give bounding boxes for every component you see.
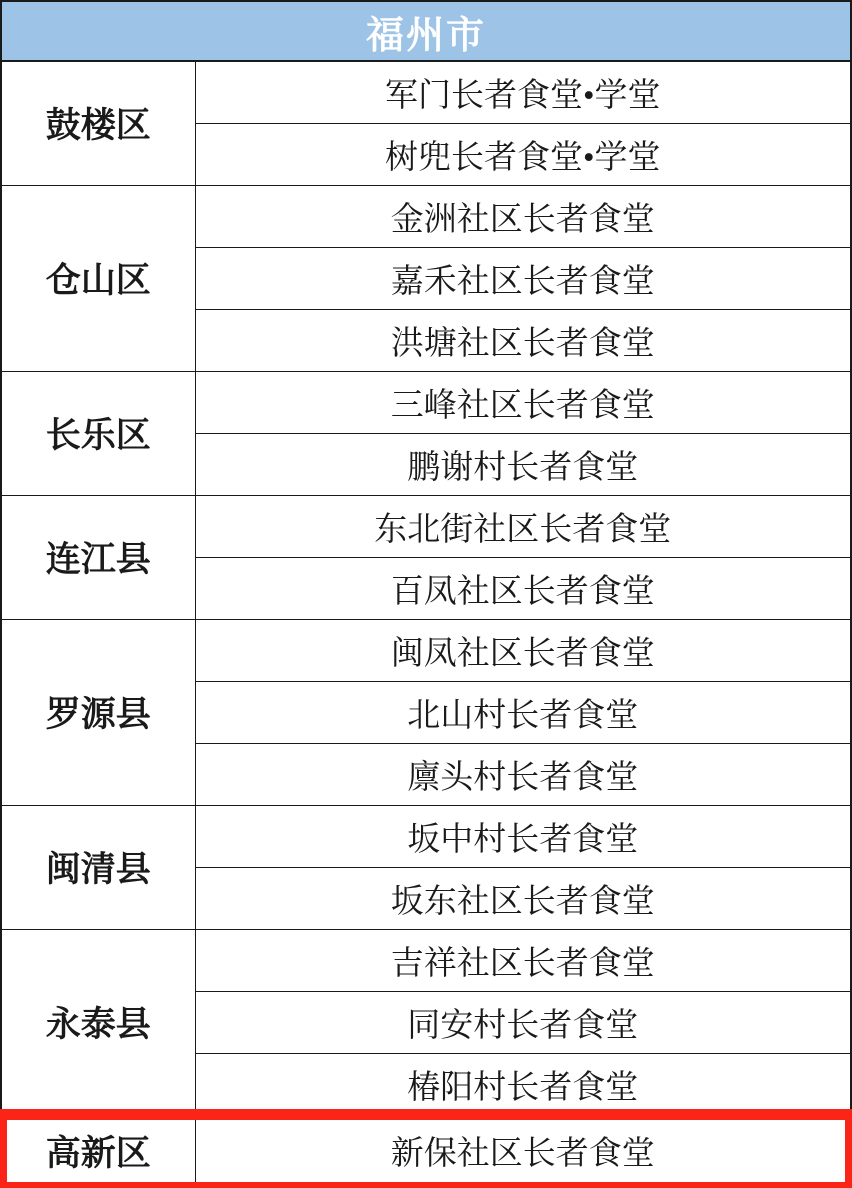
district-cell: 罗源县 [1,619,195,805]
table-row-highlighted: 高新区 新保社区长者食堂 [1,1115,851,1187]
canteen-cell: 闽凤社区长者食堂 [195,619,851,681]
canteen-cell: 树兜长者食堂•学堂 [195,123,851,185]
canteen-cell: 东北街社区长者食堂 [195,495,851,557]
table-row: 永泰县 吉祥社区长者食堂 [1,929,851,991]
district-cell: 连江县 [1,495,195,619]
canteen-cell: 鹏谢村长者食堂 [195,433,851,495]
canteen-cell: 坂东社区长者食堂 [195,867,851,929]
district-cell: 长乐区 [1,371,195,495]
table-row: 闽清县 坂中村长者食堂 [1,805,851,867]
canteen-cell: 金洲社区长者食堂 [195,185,851,247]
table-row: 仓山区 金洲社区长者食堂 [1,185,851,247]
canteen-cell: 三峰社区长者食堂 [195,371,851,433]
district-cell: 高新区 [1,1115,195,1187]
table-row: 鼓楼区 军门长者食堂•学堂 [1,61,851,123]
table-row: 长乐区 三峰社区长者食堂 [1,371,851,433]
table-row: 罗源县 闽凤社区长者食堂 [1,619,851,681]
table-header-row: 福州市 [1,1,851,61]
canteen-cell: 椿阳村长者食堂 [195,1053,851,1115]
canteen-cell: 百凤社区长者食堂 [195,557,851,619]
canteen-cell: 同安村长者食堂 [195,991,851,1053]
district-cell: 永泰县 [1,929,195,1115]
canteen-cell: 廪头村长者食堂 [195,743,851,805]
fuzhou-elder-canteen-table: 福州市 鼓楼区 军门长者食堂•学堂 树兜长者食堂•学堂 仓山区 金洲社区长者食堂… [0,0,852,1188]
page: 福州市 鼓楼区 军门长者食堂•学堂 树兜长者食堂•学堂 仓山区 金洲社区长者食堂… [0,0,852,1188]
canteen-cell: 吉祥社区长者食堂 [195,929,851,991]
canteen-cell: 北山村长者食堂 [195,681,851,743]
district-cell: 仓山区 [1,185,195,371]
canteen-cell: 坂中村长者食堂 [195,805,851,867]
canteen-cell: 新保社区长者食堂 [195,1115,851,1187]
district-cell: 鼓楼区 [1,61,195,185]
district-cell: 闽清县 [1,805,195,929]
canteen-cell: 军门长者食堂•学堂 [195,61,851,123]
table-title: 福州市 [1,1,851,61]
table-row: 连江县 东北街社区长者食堂 [1,495,851,557]
canteen-cell: 嘉禾社区长者食堂 [195,247,851,309]
canteen-cell: 洪塘社区长者食堂 [195,309,851,371]
